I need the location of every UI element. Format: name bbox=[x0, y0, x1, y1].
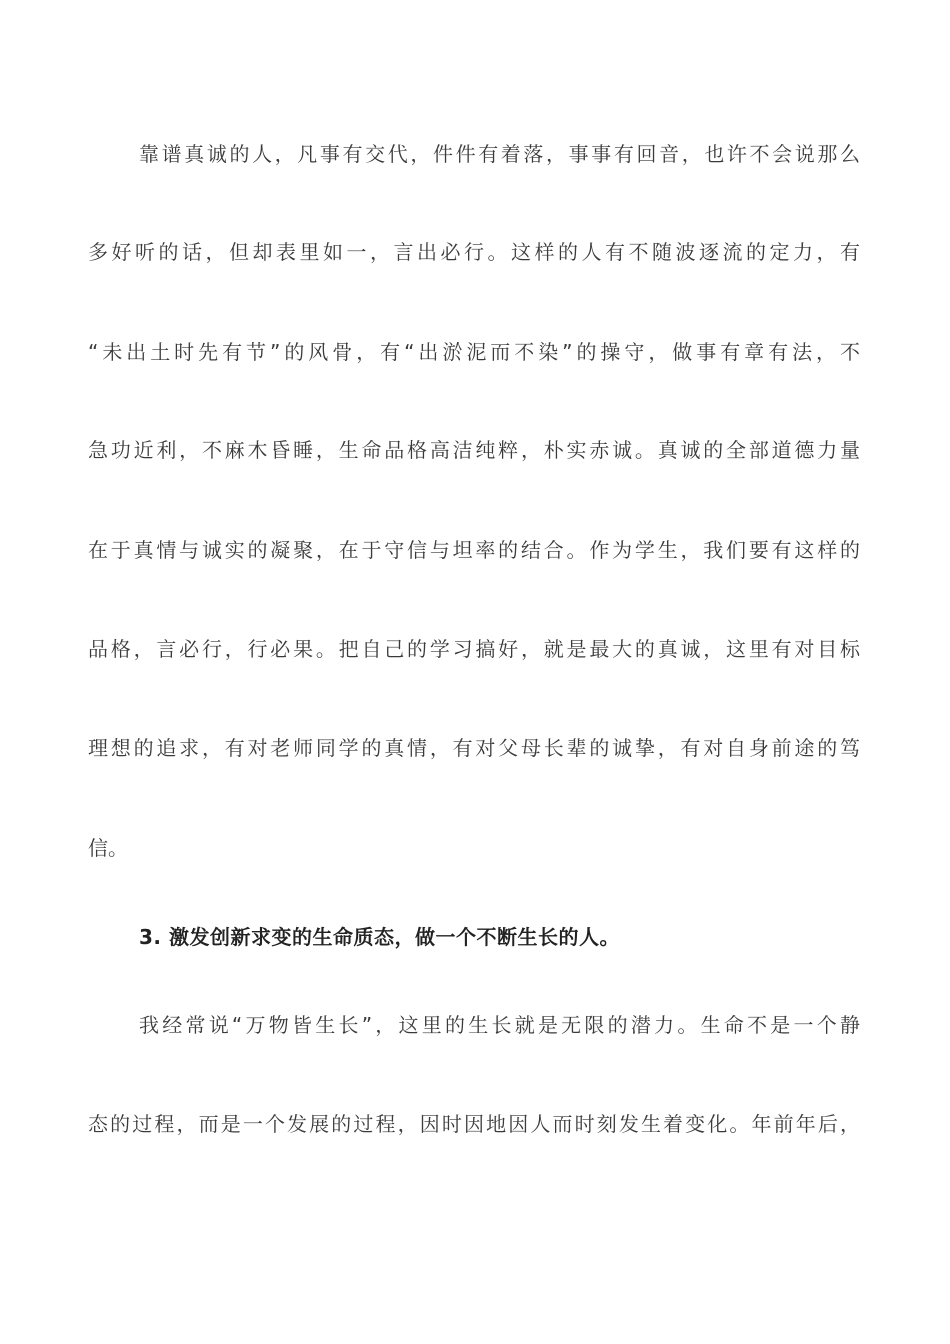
paragraph-1-line-2: 多好听的话，但却表里如一，言出必行。这样的人有不随波逐流的定力，有 bbox=[88, 240, 860, 264]
paragraph-1-line-4: 急功近利，不麻木昏睡，生命品格高洁纯粹，朴实赤诚。真诚的全部道德力量 bbox=[88, 438, 860, 462]
paragraph-1-line-6: 品格，言必行，行必果。把自己的学习搞好，就是最大的真诚，这里有对目标 bbox=[88, 637, 860, 661]
paragraph-2-line-1: 我经常说“万物皆生长”，这里的生长就是无限的潜力。生命不是一个静 bbox=[139, 1013, 860, 1037]
paragraph-1-line-3: “未出土时先有节”的风骨，有“出淤泥而不染”的操守，做事有章有法，不 bbox=[88, 340, 860, 364]
paragraph-1-line-8: 信。 bbox=[88, 836, 128, 860]
paragraph-1-line-5: 在于真情与诚实的凝聚，在于守信与坦率的结合。作为学生，我们要有这样的 bbox=[88, 538, 860, 562]
paragraph-2-line-2: 态的过程，而是一个发展的过程，因时因地因人而时刻发生着变化。年前年后， bbox=[88, 1112, 860, 1136]
document-page: 靠谱真诚的人，凡事有交代，件件有着落，事事有回音，也许不会说那么 多好听的话，但… bbox=[0, 0, 950, 1344]
paragraph-1-line-7: 理想的追求，有对老师同学的真情，有对父母长辈的诚挚，有对自身前途的笃 bbox=[88, 736, 860, 760]
section-heading: 3. 激发创新求变的生命质态，做一个不断生长的人。 bbox=[139, 925, 620, 949]
paragraph-1-line-1: 靠谱真诚的人，凡事有交代，件件有着落，事事有回音，也许不会说那么 bbox=[139, 142, 860, 166]
